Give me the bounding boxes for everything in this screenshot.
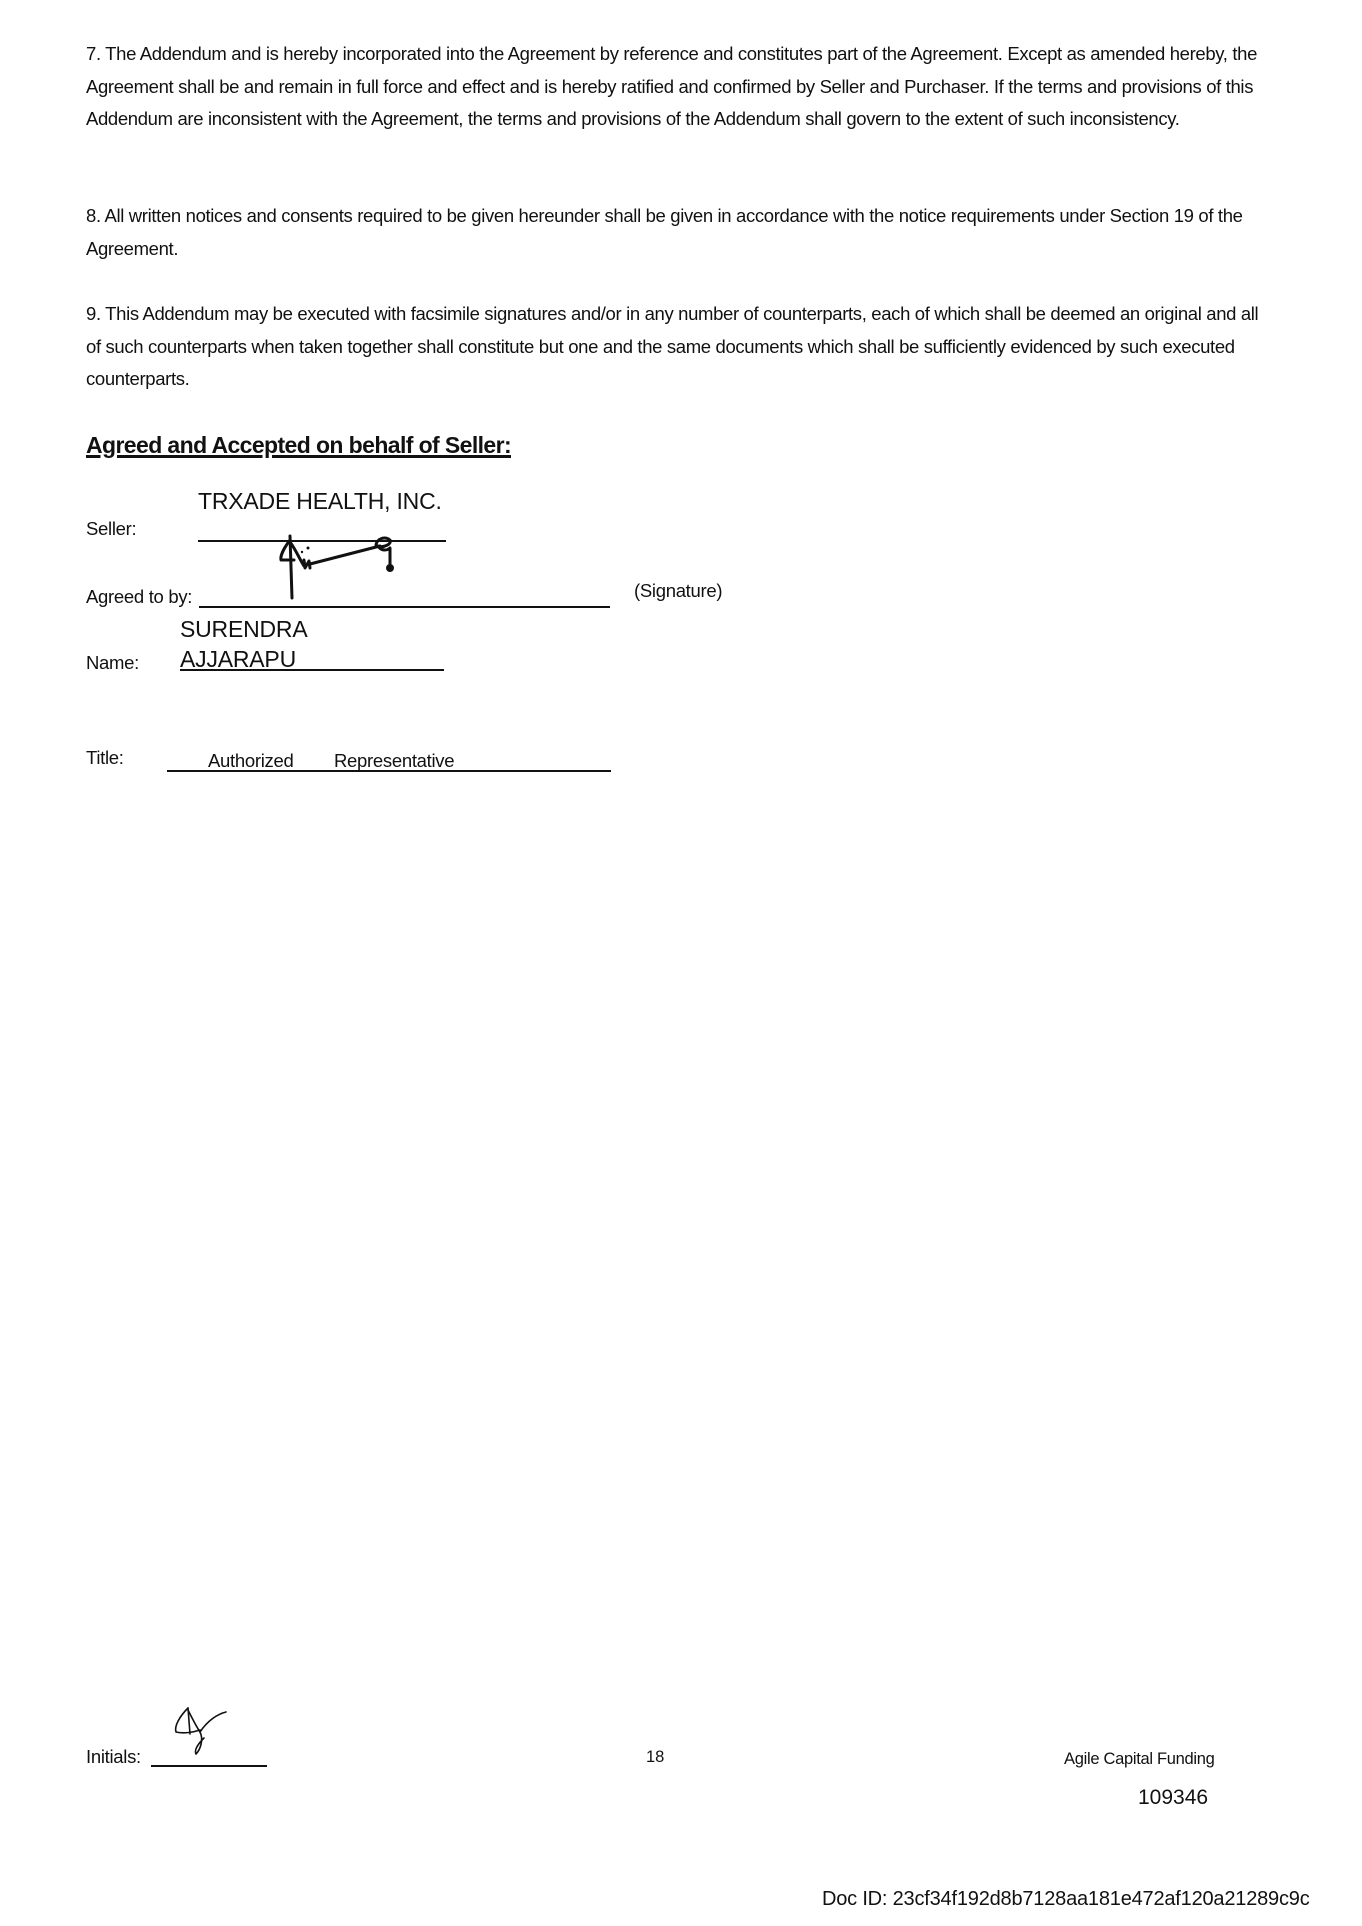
initials-underline: [151, 1765, 267, 1767]
name-underline: [180, 669, 444, 671]
title-label: Title:: [86, 747, 124, 769]
agreed-to-by-label: Agreed to by:: [86, 586, 192, 608]
title-underline: [167, 770, 611, 772]
seller-label: Seller:: [86, 518, 136, 540]
title-value-word-2: Representative: [334, 750, 454, 772]
handwritten-initials-icon: [170, 1704, 250, 1764]
reference-number: 109346: [1138, 1786, 1208, 1810]
signature-hint: (Signature): [634, 580, 722, 602]
document-id: Doc ID: 23cf34f192d8b7128aa181e472af120a…: [822, 1888, 1310, 1911]
title-value-word-1: Authorized: [208, 750, 293, 772]
seller-value: TRXADE HEALTH, INC.: [198, 488, 442, 515]
initials-label: Initials:: [86, 1746, 141, 1768]
handwritten-signature-icon: [272, 530, 412, 602]
page-number: 18: [646, 1748, 664, 1767]
signature-block-heading: Agreed and Accepted on behalf of Seller:: [86, 432, 511, 459]
signature-line: [199, 606, 610, 608]
company-name: Agile Capital Funding: [1064, 1750, 1215, 1769]
name-value-first: SURENDRA: [180, 616, 307, 643]
paragraph-7: 7. The Addendum and is hereby incorporat…: [86, 38, 1266, 136]
paragraph-8: 8. All written notices and consents requ…: [86, 200, 1266, 265]
paragraph-9: 9. This Addendum may be executed with fa…: [86, 298, 1266, 396]
name-label: Name:: [86, 652, 139, 674]
